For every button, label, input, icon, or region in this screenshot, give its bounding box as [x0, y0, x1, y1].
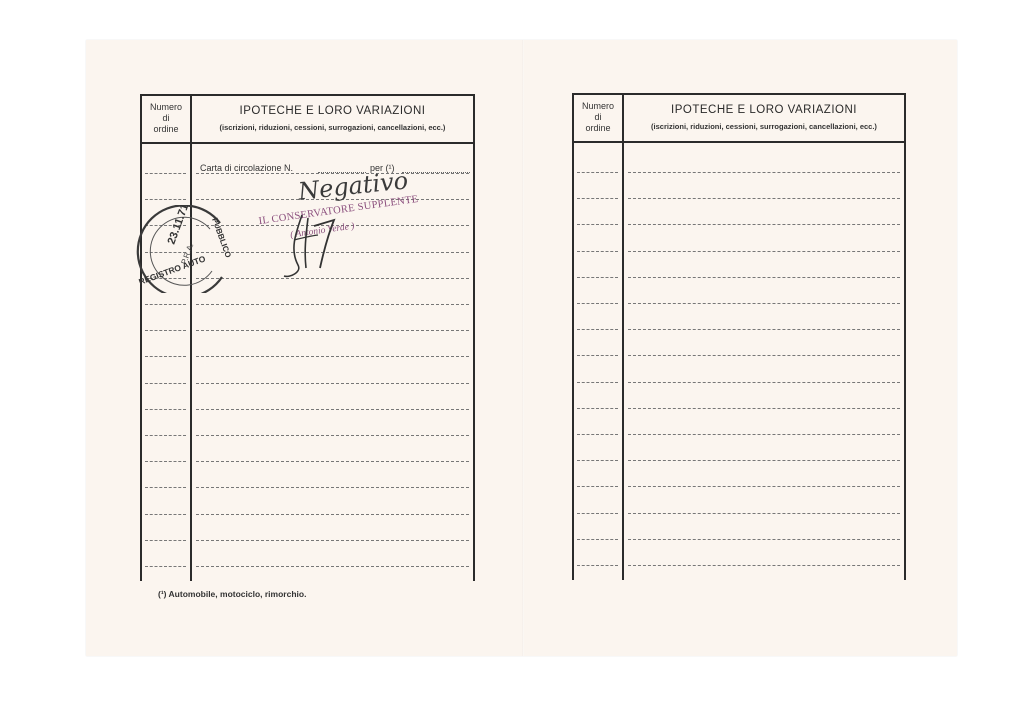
- header-numero: Numero: [574, 101, 622, 112]
- row-entry-line[interactable]: [628, 303, 900, 304]
- signature-icon: [280, 210, 340, 280]
- header-di: di: [142, 113, 190, 124]
- row-number-line[interactable]: [145, 304, 186, 305]
- circolazione-label: Carta di circolazione N.: [200, 163, 293, 173]
- row-number-line[interactable]: [577, 251, 618, 252]
- row-entry-line[interactable]: [628, 172, 900, 173]
- row-entry-line[interactable]: [628, 198, 900, 199]
- row-entry-line[interactable]: [196, 435, 469, 436]
- left-mortgage-table: Numero di ordine IPOTECHE E LORO VARIAZI…: [140, 94, 475, 581]
- row-number-line[interactable]: [577, 172, 618, 173]
- round-registry-stamp-icon: 23.11.71 P.R.A. REGISTRO AUTO PUBBLICO: [122, 205, 232, 293]
- row-entry-line[interactable]: [196, 383, 469, 384]
- row-number-line[interactable]: [577, 486, 618, 487]
- row-entry-line[interactable]: [196, 566, 469, 567]
- row-entry-line[interactable]: [196, 514, 469, 515]
- row-entry-line[interactable]: [628, 355, 900, 356]
- row-entry-line[interactable]: [628, 460, 900, 461]
- table-title: IPOTECHE E LORO VARIAZIONI: [192, 105, 473, 117]
- row-entry-line[interactable]: [628, 382, 900, 383]
- row-number-line[interactable]: [577, 198, 618, 199]
- row-number-line[interactable]: [145, 199, 186, 200]
- row-entry-line[interactable]: [196, 304, 469, 305]
- row-entry-line[interactable]: [196, 540, 469, 541]
- row-entry-line[interactable]: [196, 330, 469, 331]
- row-number-line[interactable]: [577, 303, 618, 304]
- row-entry-line[interactable]: [628, 408, 900, 409]
- row-number-line[interactable]: [145, 435, 186, 436]
- center-fold: [522, 40, 524, 656]
- row-number-line[interactable]: [577, 408, 618, 409]
- row-entry-line[interactable]: [628, 277, 900, 278]
- row-number-line[interactable]: [145, 383, 186, 384]
- row-number-line[interactable]: [577, 224, 618, 225]
- table-header: Numero di ordine IPOTECHE E LORO VARIAZI…: [574, 95, 904, 143]
- svg-text:23.11.71: 23.11.71: [166, 205, 192, 246]
- row-entry-line[interactable]: [196, 409, 469, 410]
- column-divider: [622, 95, 624, 580]
- row-number-line[interactable]: [577, 539, 618, 540]
- row-entry-line[interactable]: [628, 329, 900, 330]
- row-number-line[interactable]: [577, 565, 618, 566]
- row-number-line[interactable]: [145, 461, 186, 462]
- row-number-line[interactable]: [145, 566, 186, 567]
- row-entry-line[interactable]: [628, 513, 900, 514]
- row-entry-line[interactable]: [628, 539, 900, 540]
- row-number-line[interactable]: [145, 173, 186, 174]
- header-numero: Numero: [142, 102, 190, 113]
- header-ordine: ordine: [574, 123, 622, 134]
- header-di: di: [574, 112, 622, 123]
- row-entry-line[interactable]: [196, 461, 469, 462]
- header-ordine: ordine: [142, 124, 190, 135]
- right-mortgage-table: Numero di ordine IPOTECHE E LORO VARIAZI…: [572, 93, 906, 580]
- row-entry-line[interactable]: [628, 251, 900, 252]
- row-entry-line[interactable]: [628, 224, 900, 225]
- row-number-line[interactable]: [577, 355, 618, 356]
- row-entry-line[interactable]: [628, 434, 900, 435]
- svg-text:PUBBLICO: PUBBLICO: [210, 217, 232, 259]
- row-number-line[interactable]: [577, 434, 618, 435]
- svg-text:REGISTRO AUTO: REGISTRO AUTO: [137, 253, 207, 287]
- table-subtitle: (iscrizioni, riduzioni, cessioni, surrog…: [192, 123, 473, 132]
- row-entry-line[interactable]: [628, 486, 900, 487]
- row-entry-line[interactable]: [628, 565, 900, 566]
- vehicle-type-field[interactable]: [402, 172, 470, 173]
- row-number-line[interactable]: [577, 513, 618, 514]
- table-subtitle: (iscrizioni, riduzioni, cessioni, surrog…: [624, 122, 904, 131]
- row-number-line[interactable]: [577, 329, 618, 330]
- row-number-line[interactable]: [145, 514, 186, 515]
- column-divider: [190, 96, 192, 581]
- row-number-line[interactable]: [577, 382, 618, 383]
- row-number-line[interactable]: [145, 409, 186, 410]
- table-title: IPOTECHE E LORO VARIAZIONI: [624, 104, 904, 116]
- number-column-header: Numero di ordine: [142, 102, 190, 135]
- table-header: Numero di ordine IPOTECHE E LORO VARIAZI…: [142, 96, 473, 144]
- row-number-line[interactable]: [577, 460, 618, 461]
- footnote: (¹) Automobile, motociclo, rimorchio.: [158, 589, 306, 599]
- row-number-line[interactable]: [145, 330, 186, 331]
- row-entry-line[interactable]: [196, 356, 469, 357]
- row-number-line[interactable]: [145, 356, 186, 357]
- row-number-line[interactable]: [145, 487, 186, 488]
- row-number-line[interactable]: [577, 277, 618, 278]
- number-column-header: Numero di ordine: [574, 101, 622, 134]
- row-entry-line[interactable]: [196, 487, 469, 488]
- row-number-line[interactable]: [145, 540, 186, 541]
